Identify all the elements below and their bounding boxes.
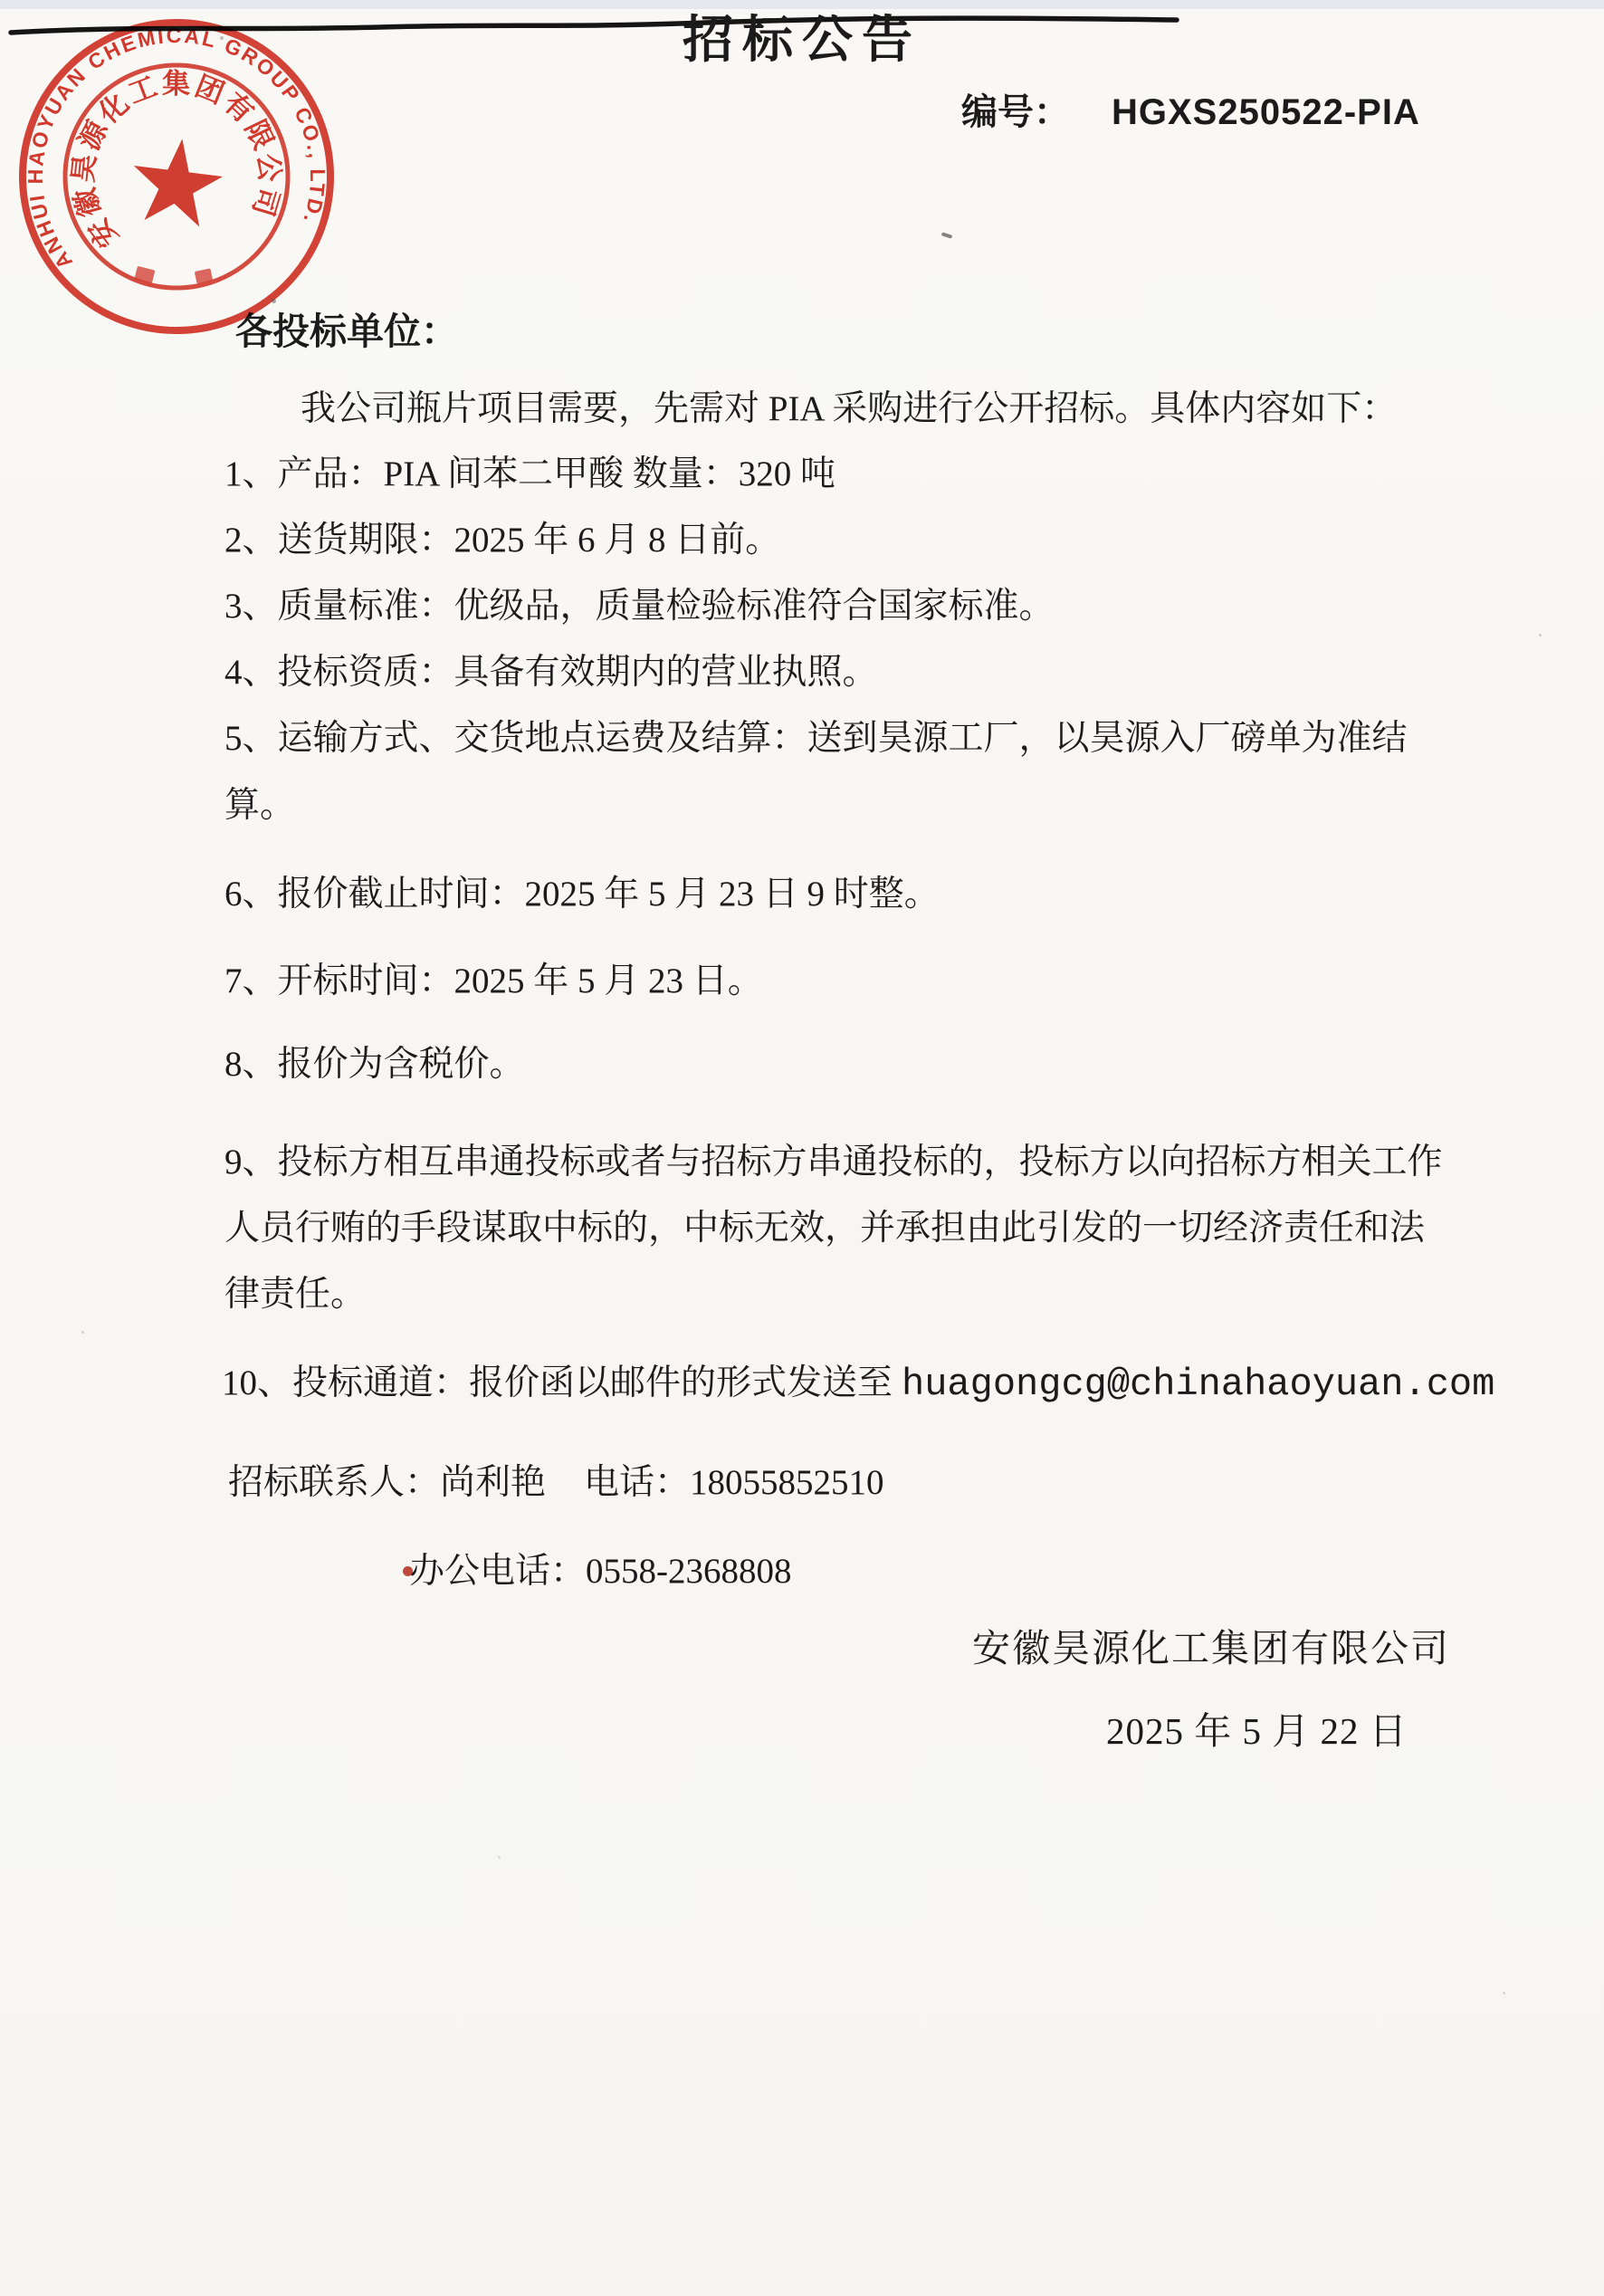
- contact-phone-label: 电话：: [584, 1463, 690, 1502]
- item-10-text: 10、投标通道：报价函以邮件的形式发送至: [222, 1363, 893, 1402]
- red-pen-dot: [403, 1566, 413, 1576]
- item-10: 10、投标通道：报价函以邮件的形式发送至huagongcg@chinahaoyu…: [222, 1362, 1494, 1406]
- item-9-line-1: 9、投标方相互串通投标或者与招标方串通投标的，投标方以向招标方相关工作: [224, 1141, 1443, 1184]
- item-2: 2、送货期限：2025 年 6 月 8 日前。: [224, 519, 780, 562]
- seal-english-ring-text: ANHUI HAOYUAN CHEMICAL GROUP CO., LTD.: [0, 0, 340, 277]
- item-6: 6、报价截止时间：2025 年 5 月 23 日 9 时整。: [224, 873, 940, 916]
- scan-speck: [272, 299, 276, 303]
- scan-speck: [220, 36, 224, 40]
- item-9-line-2: 人员行贿的手段谋取中标的，中标无效，并承担由此引发的一切经济责任和法: [224, 1207, 1425, 1250]
- office-phone-label: 办公电话：: [409, 1552, 586, 1591]
- contact-label: 招标联系人：: [228, 1463, 440, 1502]
- item-4: 4、投标资质：具备有效期内的营业执照。: [224, 651, 878, 694]
- item-8: 8、报价为含税价。: [224, 1043, 525, 1086]
- item-1: 1、产品：PIA 间苯二甲酸 数量：320 吨: [224, 453, 835, 496]
- item-5-line-2: 算。: [224, 784, 295, 828]
- scan-edge-strip: [0, 0, 1604, 9]
- doc-number-code: HGXS250522-PIA: [1112, 92, 1420, 132]
- contact-name: 尚利艳: [440, 1463, 546, 1502]
- scan-speck: [1503, 1992, 1505, 1995]
- item-5-line-1: 5、运输方式、交货地点运费及结算：送到昊源工厂，以昊源入厂磅单为准结: [224, 717, 1408, 761]
- intro-paragraph: 我公司瓶片项目需要，先需对 PIA 采购进行公开招标。具体内容如下：: [301, 387, 1397, 431]
- scan-speck: [1539, 634, 1542, 636]
- scan-speck: [81, 1331, 84, 1334]
- signature-date: 2025 年 5 月 22 日: [1106, 1709, 1408, 1753]
- item-7: 7、开标时间：2025 年 5 月 23 日。: [224, 960, 763, 1003]
- office-phone-number: 0558-2368808: [586, 1552, 792, 1591]
- seal-ink-blotches: [134, 266, 213, 284]
- scan-speck: [941, 232, 953, 239]
- signature-company-name: 安徽昊源化工集团有限公司: [972, 1628, 1450, 1671]
- doc-number-line: 编号：HGXS250522-PIA: [961, 91, 1420, 134]
- item-9-line-3: 律责任。: [224, 1273, 366, 1316]
- doc-number-label: 编号：: [961, 92, 1070, 132]
- office-phone-line: 办公电话：0558-2368808: [409, 1550, 792, 1593]
- scan-speck: [498, 1856, 501, 1859]
- company-seal-stamp: ANHUI HAOYUAN CHEMICAL GROUP CO., LTD. 安…: [0, 0, 353, 353]
- seal-star-icon: [128, 133, 227, 228]
- contact-line: 招标联系人：尚利艳电话：18055852510: [228, 1461, 884, 1505]
- scanned-document-page: 编号：HGXS250522-PIA 招标公告 各投标单位： 我公司瓶片项目需要，…: [0, 0, 1604, 2296]
- bid-email: huagongcg@chinahaoyuan.com: [902, 1363, 1494, 1406]
- contact-phone-number: 18055852510: [690, 1463, 884, 1502]
- item-3: 3、质量标准：优级品，质量检验标准符合国家标准。: [224, 585, 1055, 628]
